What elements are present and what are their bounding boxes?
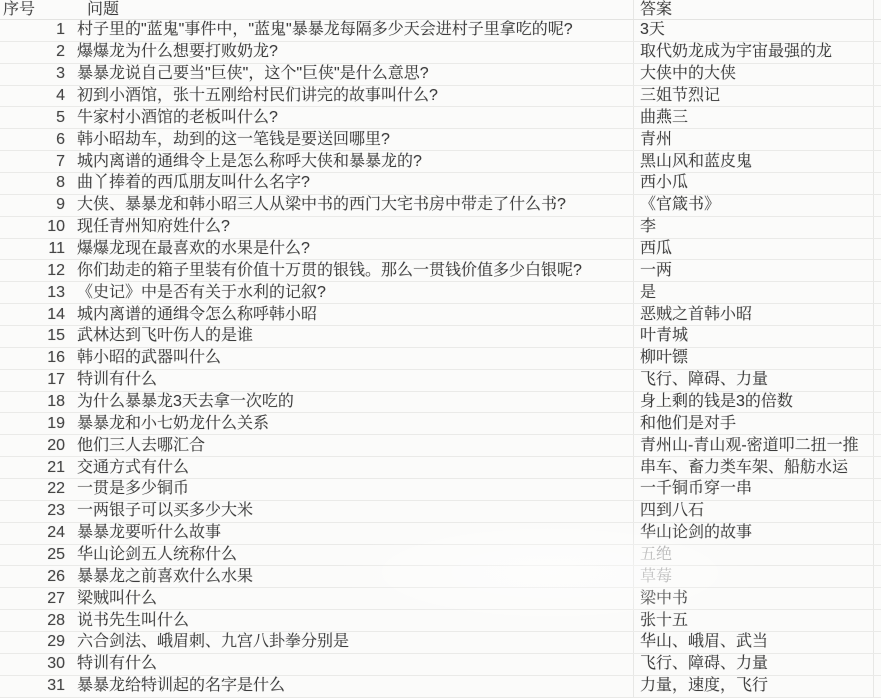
table-row: 2爆爆龙为什么想要打败奶龙?取代奶龙成为宇宙最强的龙 [0,42,881,64]
answer-cell[interactable]: 柳叶镖 [633,348,873,369]
table-row: 10现任青州知府姓什么?李 [0,217,881,239]
answer-cell[interactable]: 西瓜 [633,239,873,260]
row-index-cell[interactable]: 6 [0,129,73,150]
row-index-cell[interactable]: 1 [0,20,73,41]
row-index-cell[interactable]: 8 [0,173,73,194]
empty-cell [873,610,881,631]
row-index-cell[interactable]: 22 [0,479,73,500]
table-row: 26暴暴龙之前喜欢什么水果草莓 [0,566,881,588]
question-cell[interactable]: 城内离谱的通缉令上是怎么称呼大侠和暴暴龙的? [73,151,633,172]
row-index-cell[interactable]: 13 [0,282,73,303]
empty-cell [873,566,881,587]
table-row: 14城内离谱的通缉令怎么称呼韩小昭恶贼之首韩小昭 [0,304,881,326]
empty-cell [873,86,881,107]
table-row: 6韩小昭劫车，劫到的这一笔钱是要送回哪里?青州 [0,129,881,151]
table-row: 20他们三人去哪汇合青州山-青山观-密道叩二扭一推 [0,435,881,457]
empty-cell [873,501,881,522]
empty-cell [873,195,881,216]
table-row: 13《史记》中是否有关于水利的记叙?是 [0,282,881,304]
question-cell[interactable]: 初到小酒馆，张十五刚给村民们讲完的故事叫什么? [73,86,633,107]
answer-cell[interactable]: 飞行、障碍、力量 [633,370,873,391]
table-row: 22一贯是多少铜币一千铜币穿一串 [0,479,881,501]
question-cell[interactable]: 一两银子可以买多少大米 [73,501,633,522]
question-cell[interactable]: 一贯是多少铜币 [73,479,633,500]
question-cell[interactable]: 爆爆龙为什么想要打败奶龙? [73,42,633,63]
answer-cell[interactable]: 草莓 [633,566,873,587]
answer-cell[interactable]: 飞行、障碍、力量 [633,654,873,675]
table-row: 27梁贼叫什么梁中书 [0,588,881,610]
answer-cell[interactable]: 张十五 [633,610,873,631]
column-header-question[interactable]: 问题 [73,0,633,19]
question-cell[interactable]: 城内离谱的通缉令怎么称呼韩小昭 [73,304,633,325]
question-cell[interactable]: 他们三人去哪汇合 [73,435,633,456]
empty-cell [873,42,881,63]
table-row: 24暴暴龙要听什么故事华山论剑的故事 [0,523,881,545]
answer-cell[interactable]: 叶青城 [633,326,873,347]
empty-cell [873,392,881,413]
question-cell[interactable]: 爆爆龙现在最喜欢的水果是什么? [73,239,633,260]
row-index-cell[interactable]: 17 [0,370,73,391]
answer-cell[interactable]: 身上剩的钱是3的倍数 [633,392,873,413]
question-cell[interactable]: 六合剑法、峨眉刺、九宫八卦拳分别是 [73,632,633,653]
question-cell[interactable]: 特训有什么 [73,654,633,675]
answer-cell[interactable]: 青州山-青山观-密道叩二扭一推 [633,435,873,456]
question-cell[interactable]: 大侠、暴暴龙和韩小昭三人从梁中书的西门大宅书房中带走了什么书? [73,195,633,216]
table-row: 28说书先生叫什么张十五 [0,610,881,632]
empty-cell [873,326,881,347]
answer-cell[interactable]: 力量，速度，飞行 [633,676,873,697]
question-cell[interactable]: 暴暴龙给特训起的名字是什么 [73,676,633,697]
row-index-cell[interactable]: 5 [0,107,73,128]
table-row: 17特训有什么飞行、障碍、力量 [0,370,881,392]
row-index-cell[interactable]: 11 [0,239,73,260]
answer-cell[interactable]: 恶贼之首韩小昭 [633,304,873,325]
question-cell[interactable]: 韩小昭的武器叫什么 [73,348,633,369]
row-index-cell[interactable]: 29 [0,632,73,653]
empty-cell [873,479,881,500]
question-cell[interactable]: 暴暴龙和小七奶龙什么关系 [73,413,633,434]
table-row: 11爆爆龙现在最喜欢的水果是什么?西瓜 [0,239,881,261]
question-cell[interactable]: 韩小昭劫车，劫到的这一笔钱是要送回哪里? [73,129,633,150]
table-row: 16韩小昭的武器叫什么柳叶镖 [0,348,881,370]
table-row: 29六合剑法、峨眉刺、九宫八卦拳分别是华山、峨眉、武当 [0,632,881,654]
table-row: 25华山论剑五人统称什么五绝 [0,545,881,567]
row-index-cell[interactable]: 7 [0,151,73,172]
row-index-cell[interactable]: 26 [0,566,73,587]
question-cell[interactable]: 现任青州知府姓什么? [73,217,633,238]
answer-cell[interactable]: 3天 [633,20,873,41]
table-row: 4初到小酒馆，张十五刚给村民们讲完的故事叫什么?三姐节烈记 [0,86,881,108]
answer-cell[interactable]: 曲燕三 [633,107,873,128]
row-index-cell[interactable]: 4 [0,86,73,107]
empty-cell [873,20,881,41]
empty-cell [873,654,881,675]
answer-cell[interactable]: 三姐节烈记 [633,86,873,107]
empty-cell [873,239,881,260]
question-cell[interactable]: 为什么暴暴龙3天去拿一次吃的 [73,392,633,413]
row-index-cell[interactable]: 2 [0,42,73,63]
table-row: 31暴暴龙给特训起的名字是什么力量，速度，飞行 [0,676,881,698]
answer-cell[interactable]: 青州 [633,129,873,150]
table-row: 21交通方式有什么串车、畜力类车架、船舫水运 [0,457,881,479]
empty-cell [873,435,881,456]
question-cell[interactable]: 说书先生叫什么 [73,610,633,631]
row-index-cell[interactable]: 14 [0,304,73,325]
table-row: 3暴暴龙说自己要当"巨侠"，这个"巨侠"是什么意思?大侠中的大侠 [0,64,881,86]
row-index-cell[interactable]: 28 [0,610,73,631]
answer-cell[interactable]: 取代奶龙成为宇宙最强的龙 [633,42,873,63]
empty-cell [873,632,881,653]
table-row: 1村子里的"蓝鬼"事件中，"蓝鬼"暴暴龙每隔多少天会进村子里拿吃的呢?3天 [0,20,881,42]
row-index-cell[interactable]: 12 [0,260,73,281]
answer-cell[interactable]: 黑山风和蓝皮鬼 [633,151,873,172]
answer-cell[interactable]: 一两 [633,260,873,281]
question-cell[interactable]: 暴暴龙说自己要当"巨侠"，这个"巨侠"是什么意思? [73,64,633,85]
answer-cell[interactable]: 梁中书 [633,588,873,609]
empty-cell [873,676,881,697]
answer-cell[interactable]: 和他们是对手 [633,413,873,434]
table-row: 23一两银子可以买多少大米四到八石 [0,501,881,523]
table-row: 5牛家村小酒馆的老板叫什么?曲燕三 [0,107,881,129]
question-cell[interactable]: 你们劫走的箱子里装有价值十万贯的银钱。那么一贯钱价值多少白银呢? [73,260,633,281]
empty-cell [873,545,881,566]
empty-cell [873,282,881,303]
empty-cell [873,588,881,609]
answer-cell[interactable]: 大侠中的大侠 [633,64,873,85]
table-row: 7城内离谱的通缉令上是怎么称呼大侠和暴暴龙的?黑山风和蓝皮鬼 [0,151,881,173]
row-index-cell[interactable]: 21 [0,457,73,478]
answer-cell[interactable]: 《官箴书》 [633,195,873,216]
empty-cell [873,64,881,85]
answer-cell[interactable]: 四到八石 [633,501,873,522]
question-cell[interactable]: 曲丫捧着的西瓜朋友叫什么名字? [73,173,633,194]
table-row: 30特训有什么飞行、障碍、力量 [0,654,881,676]
row-index-cell[interactable]: 27 [0,588,73,609]
question-cell[interactable]: 武林达到飞叶伤人的是谁 [73,326,633,347]
table-body: 1村子里的"蓝鬼"事件中，"蓝鬼"暴暴龙每隔多少天会进村子里拿吃的呢?3天2爆爆… [0,20,881,698]
table-row: 12你们劫走的箱子里装有价值十万贯的银钱。那么一贯钱价值多少白银呢?一两 [0,260,881,282]
answer-cell[interactable]: 李 [633,217,873,238]
row-index-cell[interactable]: 30 [0,654,73,675]
row-index-cell[interactable]: 16 [0,348,73,369]
answer-cell[interactable]: 华山论剑的故事 [633,523,873,544]
question-cell[interactable]: 华山论剑五人统称什么 [73,545,633,566]
answer-cell[interactable]: 华山、峨眉、武当 [633,632,873,653]
empty-cell [873,370,881,391]
table-row: 18为什么暴暴龙3天去拿一次吃的身上剩的钱是3的倍数 [0,392,881,414]
spreadsheet: 序号 问题 答案 1村子里的"蓝鬼"事件中，"蓝鬼"暴暴龙每隔多少天会进村子里拿… [0,0,881,698]
row-index-cell[interactable]: 25 [0,545,73,566]
question-cell[interactable]: 梁贼叫什么 [73,588,633,609]
answer-cell[interactable]: 五绝 [633,545,873,566]
row-index-cell[interactable]: 18 [0,392,73,413]
empty-cell [873,348,881,369]
answer-cell[interactable]: 串车、畜力类车架、船舫水运 [633,457,873,478]
row-index-cell[interactable]: 20 [0,435,73,456]
row-index-cell[interactable]: 19 [0,413,73,434]
row-index-cell[interactable]: 24 [0,523,73,544]
empty-cell [873,304,881,325]
empty-cell [873,129,881,150]
question-cell[interactable]: 特训有什么 [73,370,633,391]
answer-cell[interactable]: 是 [633,282,873,303]
row-index-cell[interactable]: 3 [0,64,73,85]
empty-cell [873,260,881,281]
answer-cell[interactable]: 西小瓜 [633,173,873,194]
empty-cell [873,217,881,238]
table-row: 9大侠、暴暴龙和韩小昭三人从梁中书的西门大宅书房中带走了什么书?《官箴书》 [0,195,881,217]
header-row: 序号 问题 答案 [0,0,881,20]
row-index-cell[interactable]: 23 [0,501,73,522]
row-index-cell[interactable]: 31 [0,676,73,697]
table-row: 15武林达到飞叶伤人的是谁叶青城 [0,326,881,348]
question-cell[interactable]: 暴暴龙要听什么故事 [73,523,633,544]
column-header-index[interactable]: 序号 [0,0,73,19]
empty-column-header [873,0,881,19]
answer-cell[interactable]: 一千铜币穿一串 [633,479,873,500]
empty-cell [873,457,881,478]
question-cell[interactable]: 交通方式有什么 [73,457,633,478]
column-header-answer[interactable]: 答案 [633,0,873,19]
row-index-cell[interactable]: 10 [0,217,73,238]
question-cell[interactable]: 暴暴龙之前喜欢什么水果 [73,566,633,587]
row-index-cell[interactable]: 15 [0,326,73,347]
row-index-cell[interactable]: 9 [0,195,73,216]
question-cell[interactable]: 牛家村小酒馆的老板叫什么? [73,107,633,128]
table-row: 8曲丫捧着的西瓜朋友叫什么名字?西小瓜 [0,173,881,195]
empty-cell [873,173,881,194]
empty-cell [873,413,881,434]
table-row: 19暴暴龙和小七奶龙什么关系和他们是对手 [0,413,881,435]
question-cell[interactable]: 《史记》中是否有关于水利的记叙? [73,282,633,303]
empty-cell [873,107,881,128]
empty-cell [873,151,881,172]
empty-cell [873,523,881,544]
question-cell[interactable]: 村子里的"蓝鬼"事件中，"蓝鬼"暴暴龙每隔多少天会进村子里拿吃的呢? [73,20,633,41]
